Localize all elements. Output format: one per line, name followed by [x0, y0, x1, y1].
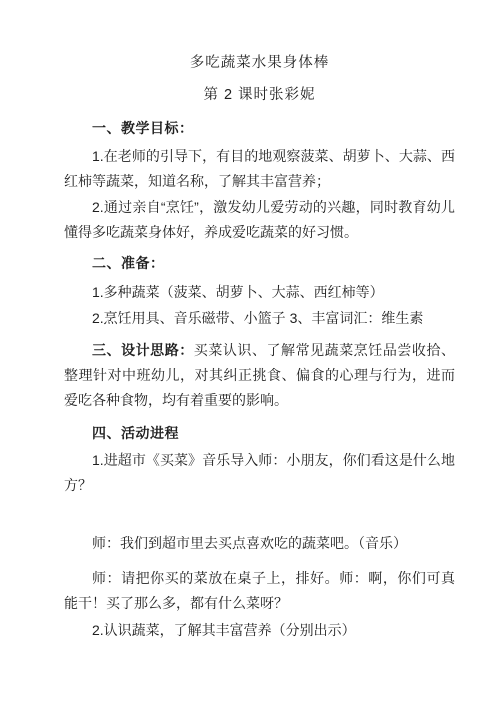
document-title: 多吃蔬菜水果身体棒: [64, 51, 455, 76]
section-heading-preparation: 二、准备：: [64, 251, 455, 276]
process-step-2: 2.认识蔬菜，了解其丰富营养（分别出示）: [64, 618, 455, 643]
section-heading-process: 四、活动进程: [64, 421, 455, 446]
section-heading-objectives: 一、教学目标：: [64, 116, 455, 141]
process-dialogue-2: 师：请把你买的菜放在桌子上，排好。师：啊，你们可真能干！买了那么多，都有什么菜呀…: [64, 566, 455, 616]
section-heading-design: 三、设计思路：: [92, 342, 194, 358]
document-page: 多吃蔬菜水果身体棒 第 2 课时张彩妮 一、教学目标： 1.在老师的引导下，有目…: [0, 0, 500, 708]
process-dialogue-1: 师：我们到超市里去买点喜欢吃的蔬菜吧。（音乐）: [64, 531, 455, 556]
section-design: 三、设计思路：买菜认识、了解常见蔬菜烹饪品尝收拾、整理针对中班幼儿，对其纠正挑食…: [64, 338, 455, 413]
preparation-item-1: 1.多种蔬菜（菠菜、胡萝卜、大蒜、西红柿等）: [64, 280, 455, 305]
objectives-item-2: 2.通过亲自“烹饪”，激发幼儿爱劳动的兴趣，同时教育幼儿懂得多吃蔬菜身体好，养成…: [64, 195, 455, 245]
objectives-item-1: 1.在老师的引导下，有目的地观察菠菜、胡萝卜、大蒜、西红柿等蔬菜，知道名称，了解…: [64, 144, 455, 194]
process-step-1: 1.进超市《买菜》音乐导入师：小朋友，你们看这是什么地方？: [64, 448, 455, 498]
preparation-item-2: 2.烹饪用具、音乐磁带、小篮子 3、丰富词汇：维生素: [64, 306, 455, 331]
document-byline: 第 2 课时张彩妮: [64, 83, 455, 108]
